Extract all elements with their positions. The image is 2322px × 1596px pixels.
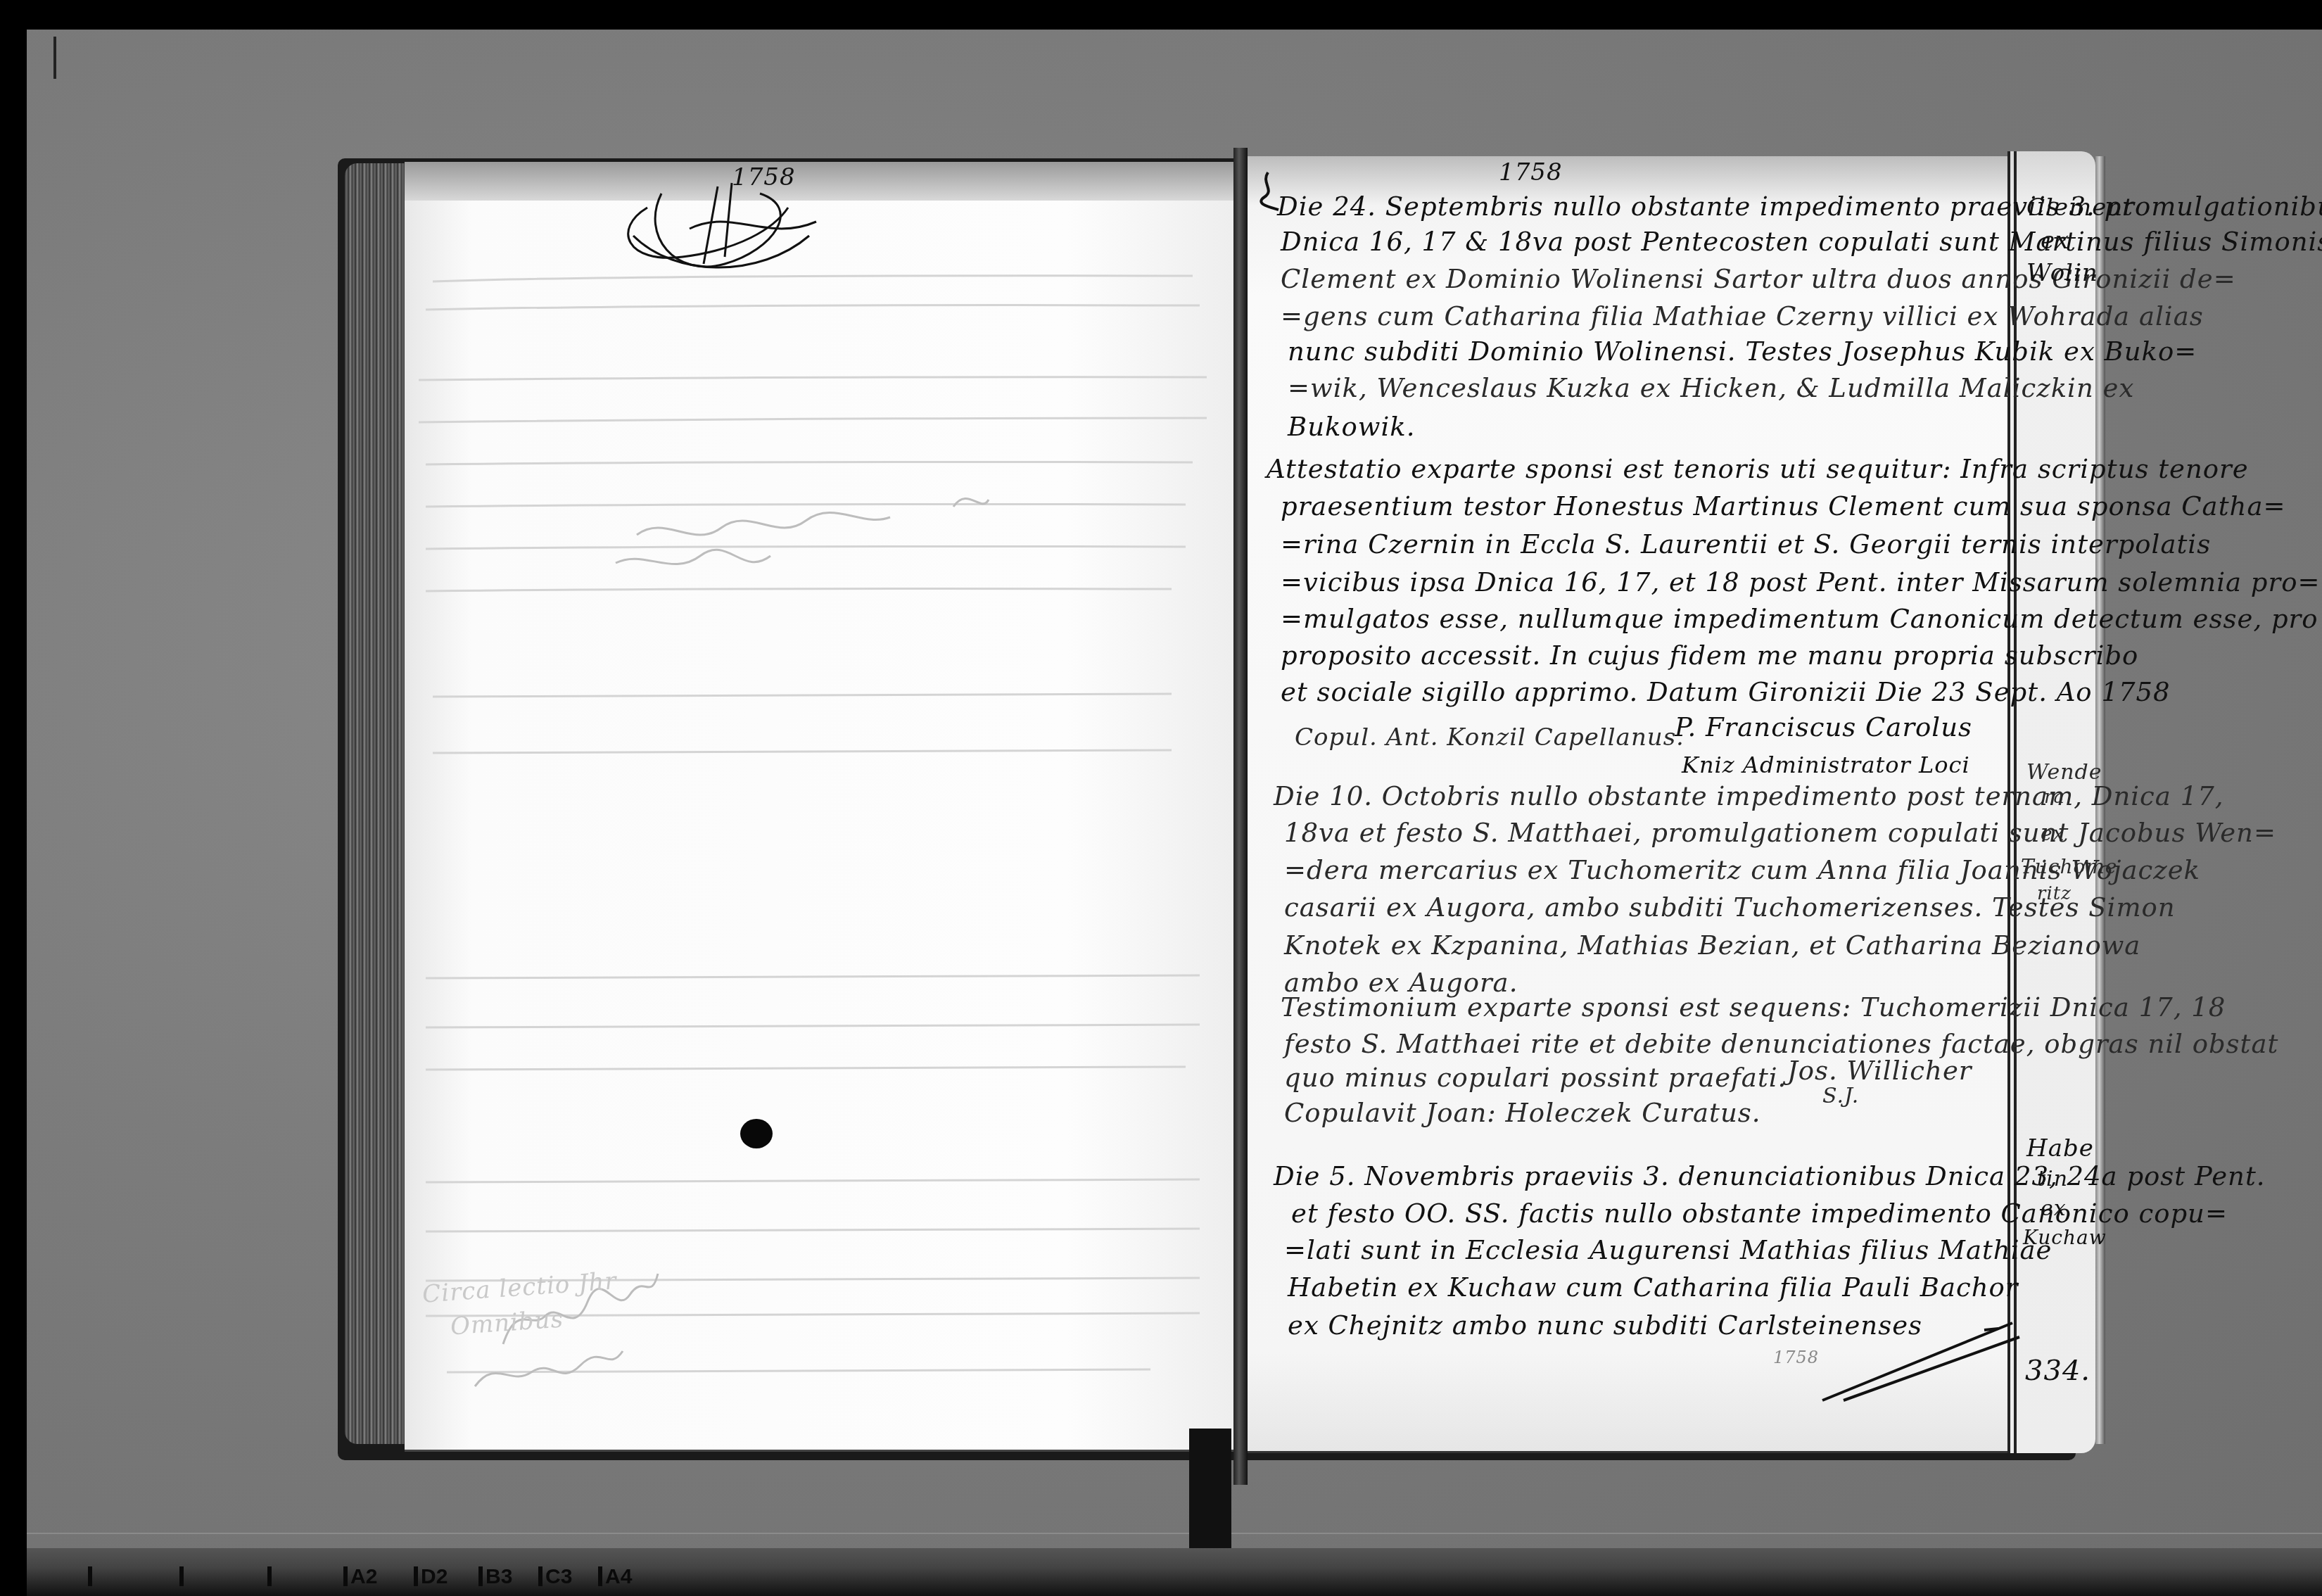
entry-line: quo minus copulari possint praefati.	[1284, 1063, 1787, 1093]
entry-line: =vicibus ipsa Dnica 16, 17, et 18 post P…	[1281, 567, 2320, 597]
entry-line: =mulgatos esse, nullumque impedimentum C…	[1281, 604, 2322, 634]
entry-line: Testimonium exparte sponsi est sequens: …	[1281, 992, 2226, 1022]
entry-line: nunc subditi Dominio Wolinensi. Testes J…	[1288, 336, 2197, 367]
margin-note: ex	[2041, 1196, 2067, 1221]
margin-note: Wolin	[2026, 259, 2098, 287]
entry-line: Dnica 16, 17 & 18va post Pentecosten cop…	[1281, 227, 2322, 257]
film-marker: D2	[414, 1566, 448, 1588]
year-header-right: 1758	[1499, 158, 1563, 186]
film-marker: C3	[538, 1566, 572, 1588]
entry-line: Die 24. Septembris nullo obstante impedi…	[1277, 191, 2322, 222]
entry-line: =gens cum Catharina filia Mathiae Czerny…	[1281, 301, 2204, 331]
entry-line: =wik, Wenceslaus Kuzka ex Hicken, & Ludm…	[1288, 373, 2134, 403]
film-scan-line	[27, 1533, 2322, 1534]
margin-note: Clement	[2026, 194, 2133, 222]
pen-flourish-icon	[619, 179, 830, 285]
year-footer-right: 1758	[1773, 1348, 1819, 1367]
entry-line: Die 5. Novembris praeviis 3. denunciatio…	[1274, 1161, 2266, 1191]
officiant-note: Copul. Ant. Konzil Capellanus.	[1295, 723, 1685, 752]
entry-line: Habetin ex Kuchaw cum Catharina filia Pa…	[1288, 1272, 2018, 1303]
margin-note: Habe	[2026, 1134, 2094, 1163]
page-stack-edge	[345, 163, 412, 1444]
margin-note: tin	[2037, 1167, 2068, 1191]
entry-line: festo S. Matthaei rite et debite denunci…	[1284, 1029, 2278, 1059]
entry-line: =lati sunt in Ecclesia Augurensi Mathias…	[1284, 1235, 2052, 1265]
margin-note: ra	[2044, 787, 2065, 808]
signature: Jos. Willicher	[1787, 1056, 1972, 1086]
scan-shadow	[1189, 1429, 1231, 1548]
signature: Kniz Administrator Loci	[1682, 752, 1970, 778]
ink-blot	[740, 1119, 773, 1148]
margin-note: Kuchaw	[2023, 1226, 2107, 1249]
entry-line: Die 10. Octobris nullo obstante impedime…	[1274, 781, 2224, 811]
margin-note: Tuchome	[2021, 855, 2117, 878]
entry-line: et sociale sigillo apprimo. Datum Gironi…	[1281, 677, 2171, 707]
officiant-note: Copulavit Joan: Holeczek Curatus.	[1284, 1098, 1760, 1128]
margin-note: Wende	[2026, 760, 2102, 785]
margin-note: ritz	[2037, 883, 2072, 904]
film-marker	[267, 1566, 274, 1588]
signature: S.J.	[1822, 1084, 1859, 1108]
page-number: 334.	[2025, 1355, 2091, 1387]
closing-stroke-icon	[1815, 1309, 2026, 1407]
entry-line: Knotek ex Kzpanina, Mathias Bezian, et C…	[1284, 930, 2140, 961]
entry-line: =rina Czernin in Eccla S. Laurentii et S…	[1281, 529, 2211, 559]
film-marker: B3	[478, 1566, 512, 1588]
film-marker: A4	[598, 1566, 632, 1588]
entry-line: Bukowik.	[1288, 412, 1415, 442]
signature: P. Franciscus Carolus	[1675, 712, 1972, 742]
film-marker	[88, 1566, 95, 1588]
margin-note: ex	[2041, 822, 2064, 845]
entry-line: 18va et festo S. Matthaei, promulgatione…	[1284, 818, 2276, 848]
margin-note: ex	[2041, 227, 2069, 255]
entry-line: Attestatio exparte sponsi est tenoris ut…	[1267, 454, 2249, 484]
entry-line: et festo OO. SS. factis nullo obstante i…	[1291, 1198, 2228, 1229]
film-marker	[179, 1566, 186, 1588]
left-page	[405, 162, 1233, 1452]
book-spine	[1233, 148, 1248, 1485]
bleed-through-text	[405, 162, 1233, 1450]
entry-line: praesentium testor Honestus Martinus Cle…	[1281, 491, 2285, 521]
film-marker: A2	[343, 1566, 377, 1588]
entry-line: proposito accessit. In cujus fidem me ma…	[1281, 640, 2138, 671]
